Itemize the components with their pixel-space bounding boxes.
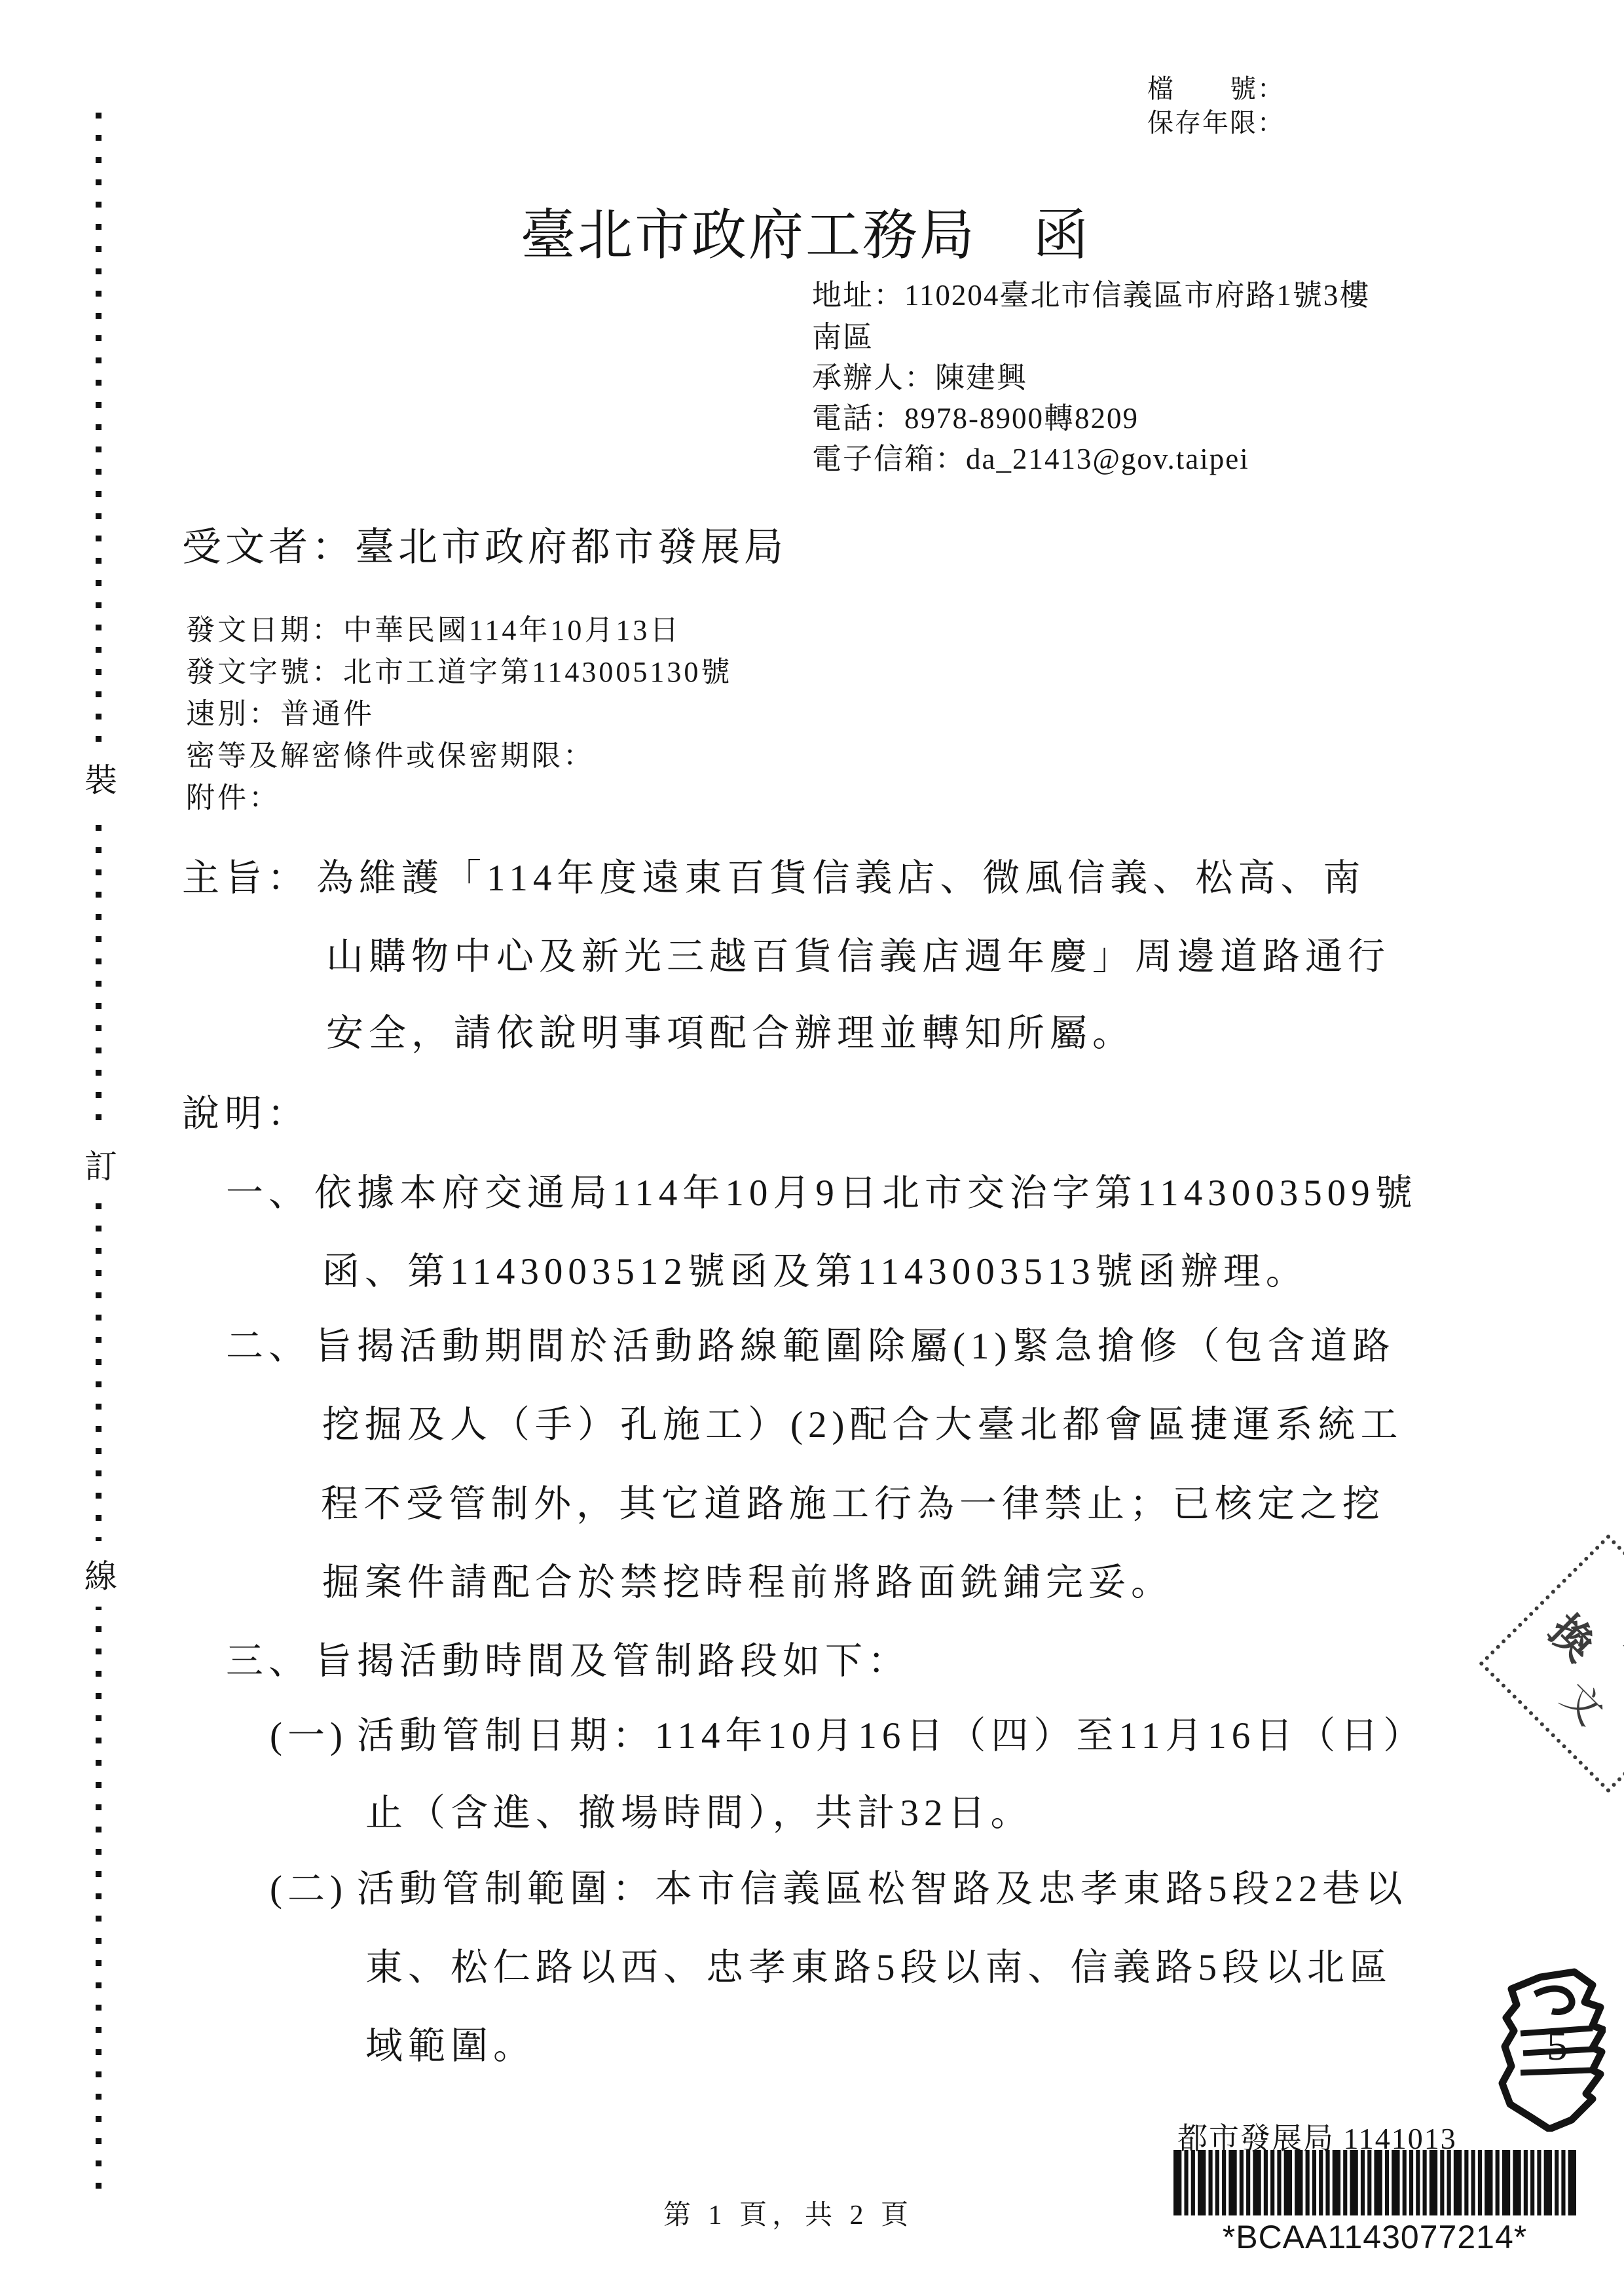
sender-address-line2: 南區 (812, 313, 874, 355)
subitem-text-line: 活動管制範圍：本市信義區松智路及忠孝東路5段22巷以 (357, 1859, 1408, 1912)
doc-number-line: 發文字號：北市工道字第1143005130號 (186, 648, 732, 690)
subject-line: 山購物中心及新光三越百貨信義店週年慶」周邊道路通行 (326, 926, 1390, 980)
subitem-number: (一) (270, 1705, 348, 1759)
subitem-text-line: 活動管制日期：114年10月16日（四）至11月16日（日） (357, 1705, 1426, 1759)
retention-period-label: 保存年限： (1147, 102, 1285, 139)
stamp-character: 換 (1538, 1598, 1612, 1673)
binding-mark-ding: 訂 (77, 1131, 124, 1197)
sender-contact-person: 承辦人：陳建興 (812, 354, 1027, 396)
item-text-line: 挖掘及人（手）孔施工）(2)配合大臺北都會區捷運系統工 (322, 1394, 1403, 1448)
sender-address-line1: 地址：110204臺北市信義區市府路1號3樓 (812, 271, 1370, 314)
priority-line: 速別：普通件 (186, 690, 375, 732)
binding-mark-zhuang: 裝 (77, 745, 124, 811)
subitem-text-line: 域範圍。 (365, 2016, 536, 2069)
subject-line: 安全，請依說明事項配合辦理並轉知所屬。 (326, 1003, 1135, 1057)
item-text-line: 依據本府交通局114年10月9日北市交治字第1143003509號 (314, 1163, 1418, 1216)
electronic-exchange-stamp: 交 換 文 (1479, 1534, 1624, 1793)
item-text-line: 旨揭活動時間及管制路段如下： (314, 1631, 910, 1685)
document-title: 臺北市政府工務局 函 (0, 191, 1611, 270)
stamp-character: 交 (1615, 1611, 1624, 1678)
official-letter-page: 檔 號： 保存年限： 臺北市政府工務局 函 地址：110204臺北市信義區市府路… (0, 0, 1624, 2296)
item-text-line: 旨揭活動期間於活動路線範圍除屬(1)緊急搶修（包含道路 (314, 1316, 1395, 1370)
item-text-line: 函、第1143003512號函及第1143003513號函辦理。 (322, 1241, 1308, 1295)
subitem-text-line: 止（含進、撤場時間），共計32日。 (365, 1783, 1033, 1836)
subject-label: 主旨： (182, 848, 310, 902)
item-text-line: 掘案件請配合於禁挖時程前將路面銑鋪完妥。 (322, 1552, 1173, 1606)
barcode (1173, 2150, 1576, 2215)
sender-email: 電子信箱：da_21413@gov.taipei (812, 435, 1249, 477)
file-number-label: 檔 號： (1147, 68, 1285, 105)
subitem-text-line: 東、松仁路以西、忠孝東路5段以南、信義路5段以北區 (365, 1937, 1392, 1991)
subitem-number: (二) (270, 1859, 348, 1912)
item-number: 一、 (226, 1163, 311, 1216)
page-number-footer: 第 1 頁，共 2 頁 (663, 2193, 913, 2232)
svg-text:5: 5 (1547, 2022, 1568, 2069)
explanation-label: 說明： (182, 1084, 310, 1137)
partial-ink-stamp: 5 (1494, 1968, 1606, 2132)
security-line: 密等及解密條件或保密期限： (186, 732, 595, 774)
barcode-text: *BCAA1143077214* (1173, 2218, 1576, 2256)
item-text-line: 程不受管制外，其它道路施工行為一律禁止；已核定之挖 (321, 1474, 1385, 1527)
attachment-line: 附件： (186, 774, 280, 816)
sender-phone: 電話：8978-8900轉8209 (812, 394, 1139, 437)
binding-mark-xian: 線 (77, 1541, 124, 1607)
issue-date-line: 發文日期：中華民國114年10月13日 (186, 606, 681, 648)
item-number: 三、 (226, 1631, 311, 1685)
recipient-line: 受文者：臺北市政府都市發展局 (182, 516, 787, 572)
subject-line: 為維護「114年度遠東百貨信義店、微風信義、松高、南 (316, 848, 1365, 902)
item-number: 二、 (226, 1316, 311, 1370)
stamp-character: 文 (1551, 1668, 1618, 1736)
